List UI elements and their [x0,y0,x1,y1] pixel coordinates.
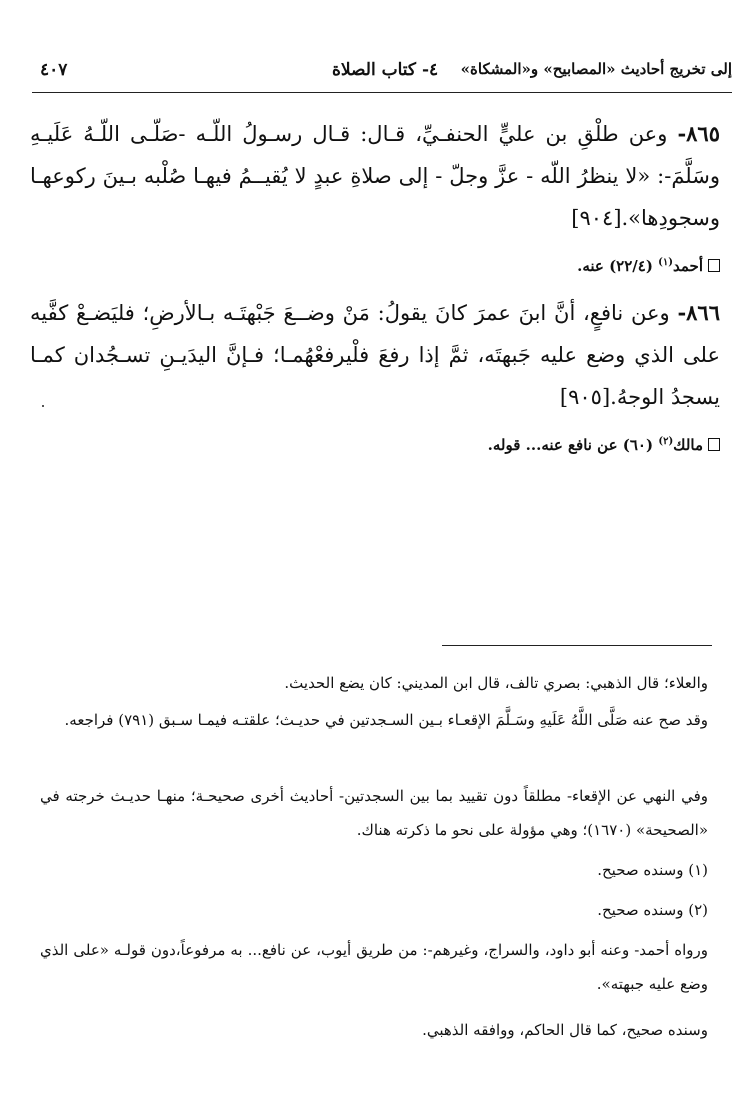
hadith-865-source: أحمد(١) (٢٢/٤) عنه. [577,251,720,278]
footnote-paragraph: وفي النهي عن الإقعاء- مطلقاً دون تقييد ب… [40,779,708,847]
source-name: مالك [673,436,703,454]
hadith-866-source: مالك(٢) (٦٠) عن نافع عنه... قوله. [488,430,720,457]
footnote-ref[interactable]: (١) [658,257,673,268]
page-header: ٤٠٧ ٤- كتاب الصلاة إلى تخريج أحاديث «الم… [32,58,732,88]
source-detail: (٦٠) عن نافع عنه... قوله. [488,436,659,454]
source-detail: (٢٢/٤) عنه. [577,257,658,275]
source-name: أحمد [673,257,703,275]
chapter-title: ٤- كتاب الصلاة [332,60,438,80]
footnote-paragraph: ورواه أحمد- وعنه أبو داود، والسراج، وغير… [40,933,708,1001]
footnote-ref[interactable]: (٢) [658,436,673,447]
scan-speck [42,405,44,407]
square-bullet-icon [708,438,720,451]
hadith-number: ٨٦٥- [677,121,720,146]
hadith-text: وعن نافعٍ، أنَّ ابنَ عمرَ كانَ يقولُ: مَ… [30,301,720,409]
hadith-866: ٨٦٦- وعن نافعٍ، أنَّ ابنَ عمرَ كانَ يقول… [30,292,720,418]
hadith-text: وعن طلْقِ بن عليٍّ الحنفـيِّ، قـال: قـال… [30,122,720,230]
footnote-line: والعلاء؛ قال الذهبي: بصري تالف، قال ابن … [40,666,708,700]
header-divider [32,92,732,93]
square-bullet-icon [708,259,720,272]
book-title: إلى تخريج أحاديث «المصابيح» و«المشكاة» [461,60,732,78]
footnote-1: (١) وسنده صحيح. [40,853,708,887]
page-number: ٤٠٧ [40,60,67,80]
hadith-865: ٨٦٥- وعن طلْقِ بن عليٍّ الحنفـيِّ، قـال:… [30,113,720,239]
footnote-line: وسنده صحيح، كما قال الحاكم، ووافقه الذهب… [40,1013,708,1047]
hadith-number: ٨٦٦- [677,300,720,325]
footnote-paragraph: وقد صح عنه صَلَّى اللَّهُ عَلَيهِ وسَـلَ… [40,703,708,737]
footnote-divider [442,645,712,646]
footnote-2: (٢) وسنده صحيح. [40,893,708,927]
